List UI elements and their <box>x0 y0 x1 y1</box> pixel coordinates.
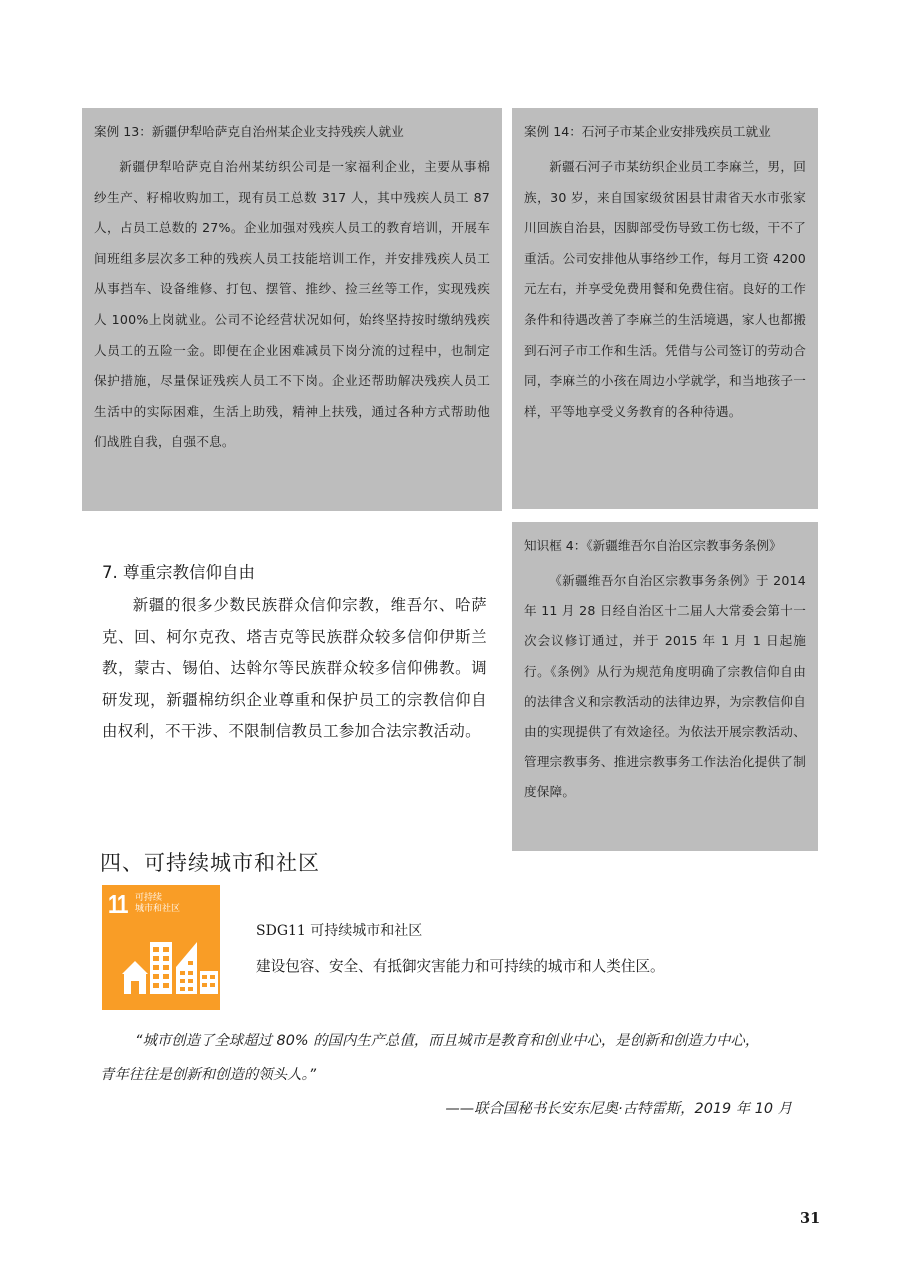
quote-line-2: 青年往往是创新和创造的领头人。” <box>100 1064 800 1086</box>
section-7: 7. 尊重宗教信仰自由 新疆的很多少数民族群众信仰宗教，维吾尔、哈萨克、回、柯尔… <box>102 560 487 748</box>
quote-block: “城市创造了全球超过 80% 的国内生产总值，而且城市是教育和创业中心，是创新和… <box>100 1030 800 1120</box>
case-study-14-body: 新疆石河子市某纺织企业员工李麻兰，男，回族，30 岁，来自国家级贫困县甘肃省天水… <box>524 152 806 427</box>
quote-attribution: ——联合国秘书长安东尼奥·古特雷斯，2019 年 10 月 <box>100 1098 792 1120</box>
case-study-13-body: 新疆伊犁哈萨克自治州某纺织公司是一家福利企业，主要从事棉纱生产、籽棉收购加工，现… <box>94 152 490 458</box>
sdg-number: 11 <box>108 891 127 917</box>
sdg-code-title: SDG11 可持续城市和社区 <box>256 920 665 942</box>
case-study-13-box: 案例 13：新疆伊犁哈萨克自治州某企业支持残疾人就业 新疆伊犁哈萨克自治州某纺织… <box>82 108 502 511</box>
quote-line-1: “城市创造了全球超过 80% 的国内生产总值，而且城市是教育和创业中心，是创新和… <box>100 1030 800 1052</box>
chapter-heading: 四、可持续城市和社区 <box>100 848 320 878</box>
case-study-14-box: 案例 14：石河子市某企业安排残疾员工就业 新疆石河子市某纺织企业员工李麻兰，男… <box>512 108 818 509</box>
section-7-heading: 7. 尊重宗教信仰自由 <box>102 560 487 586</box>
case-study-13-title: 案例 13：新疆伊犁哈萨克自治州某企业支持残疾人就业 <box>94 122 490 142</box>
sdg-icon-label-line1: 可持续 <box>135 893 180 904</box>
page-number: 31 <box>800 1210 820 1227</box>
knowledge-box-4-body: 《新疆维吾尔自治区宗教事务条例》于 2014 年 11 月 28 日经自治区十二… <box>524 566 806 808</box>
section-7-body: 新疆的很多少数民族群众信仰宗教，维吾尔、哈萨克、回、柯尔克孜、塔吉克等民族群众较… <box>102 590 487 748</box>
knowledge-box-4: 知识框 4：《新疆维吾尔自治区宗教事务条例》 《新疆维吾尔自治区宗教事务条例》于… <box>512 522 818 851</box>
sdg11-icon: 11 可持续 城市和社区 <box>102 885 220 1010</box>
case-study-14-title: 案例 14：石河子市某企业安排残疾员工就业 <box>524 122 806 142</box>
sdg-icon-label: 可持续 城市和社区 <box>135 893 180 915</box>
sdg-icon-label-line2: 城市和社区 <box>135 904 180 915</box>
sdg11-text: SDG11 可持续城市和社区 建设包容、安全、有抵御灾害能力和可持续的城市和人类… <box>256 920 665 978</box>
sdg-description: 建设包容、安全、有抵御灾害能力和可持续的城市和人类住区。 <box>256 956 665 978</box>
knowledge-box-4-title: 知识框 4：《新疆维吾尔自治区宗教事务条例》 <box>524 536 806 556</box>
